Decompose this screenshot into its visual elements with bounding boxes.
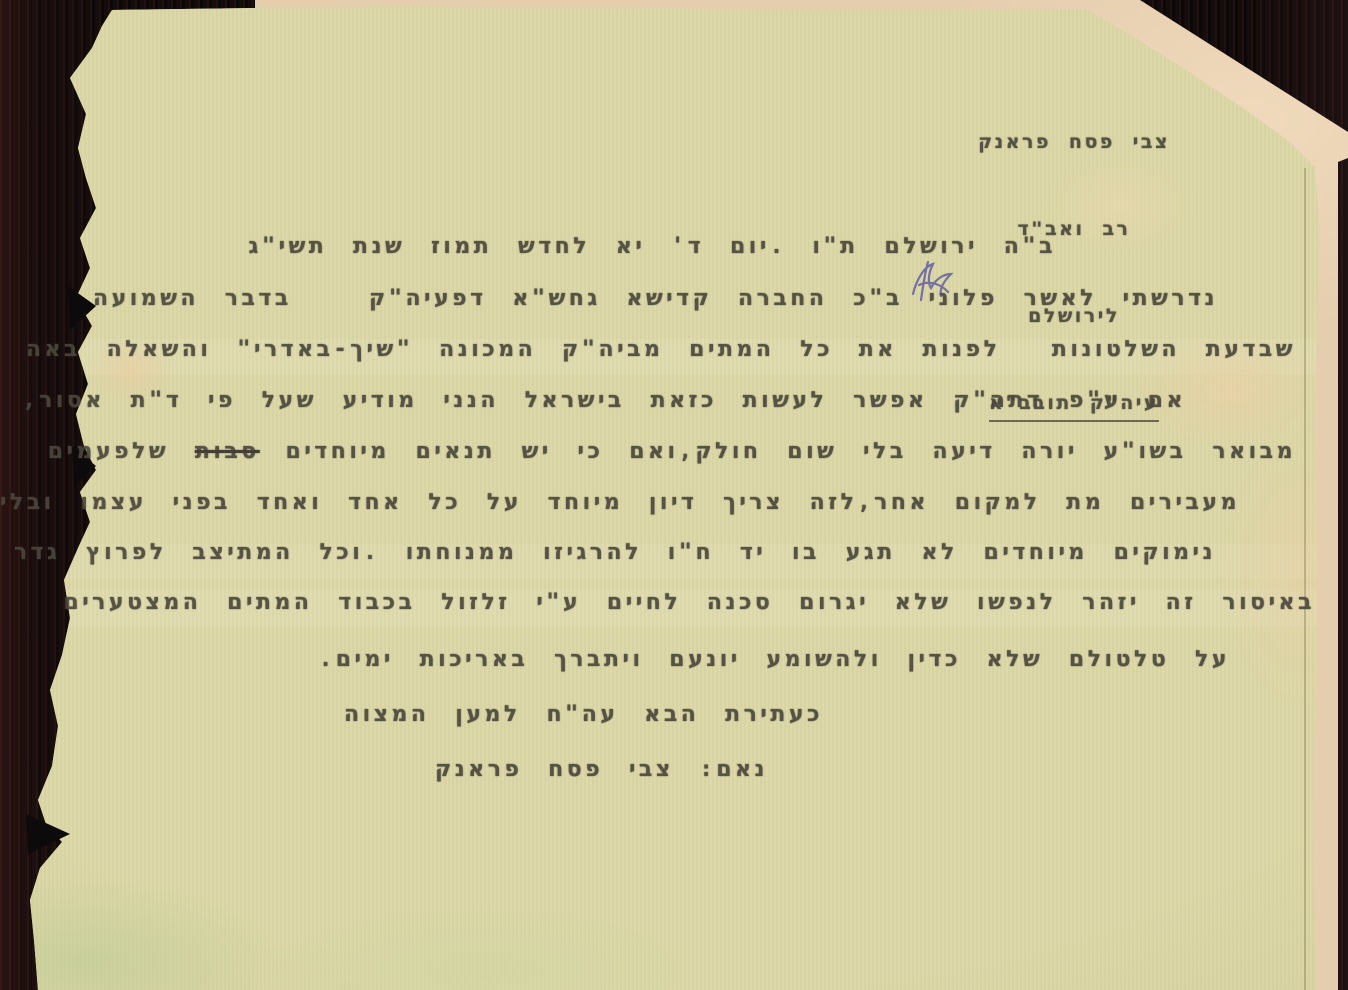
- letter-line: מעבירים מת למקום אחר,לזה צריך דיון מיוחד…: [0, 488, 1240, 518]
- struck-word: סבות: [195, 439, 260, 464]
- closing-line: כעתירת הבא עה"ח למען המצוה: [344, 700, 823, 730]
- signature-line: נאם: צבי פסח פראנק: [435, 755, 768, 785]
- letter-line: נימוקים מיוחדים לא תגע בו יד ח"ו להרגיזו…: [14, 538, 1216, 568]
- letter-line: באיסור זה יזהר לנפשו שלא יגרום סכנה לחיי…: [63, 588, 1315, 618]
- letterhead-name: צבי פסח פראנק: [958, 128, 1190, 157]
- letter-line: על טלטולם שלא כדין ולהשומע יונעם ויתברך …: [319, 645, 1230, 675]
- letter-line: שבדעת השלטונות לפנות את כל המתים מביה"ק …: [26, 335, 1296, 365]
- letter-line: מבואר בשו"ע יורה דיעה בלי שום חולק,ואם כ…: [48, 437, 1296, 467]
- scanned-letter-page: צבי פסח פראנק רב ואב"ד לירושלם עיה"ק תוב…: [0, 0, 1348, 990]
- letter-line: נדרשתי לאשר פלוני ב"כ החברה קדישא גחש"א …: [93, 284, 1218, 314]
- paper-crease: [1304, 168, 1306, 990]
- letterhead: צבי פסח פראנק רב ואב"ד לירושלם עיה"ק תוב…: [958, 70, 1190, 480]
- blue-ink-scribble-icon: [903, 258, 961, 304]
- letter-line: אם ע"פ דתה"ק אפשר לעשות כזאת בישראל הנני…: [0, 386, 1186, 416]
